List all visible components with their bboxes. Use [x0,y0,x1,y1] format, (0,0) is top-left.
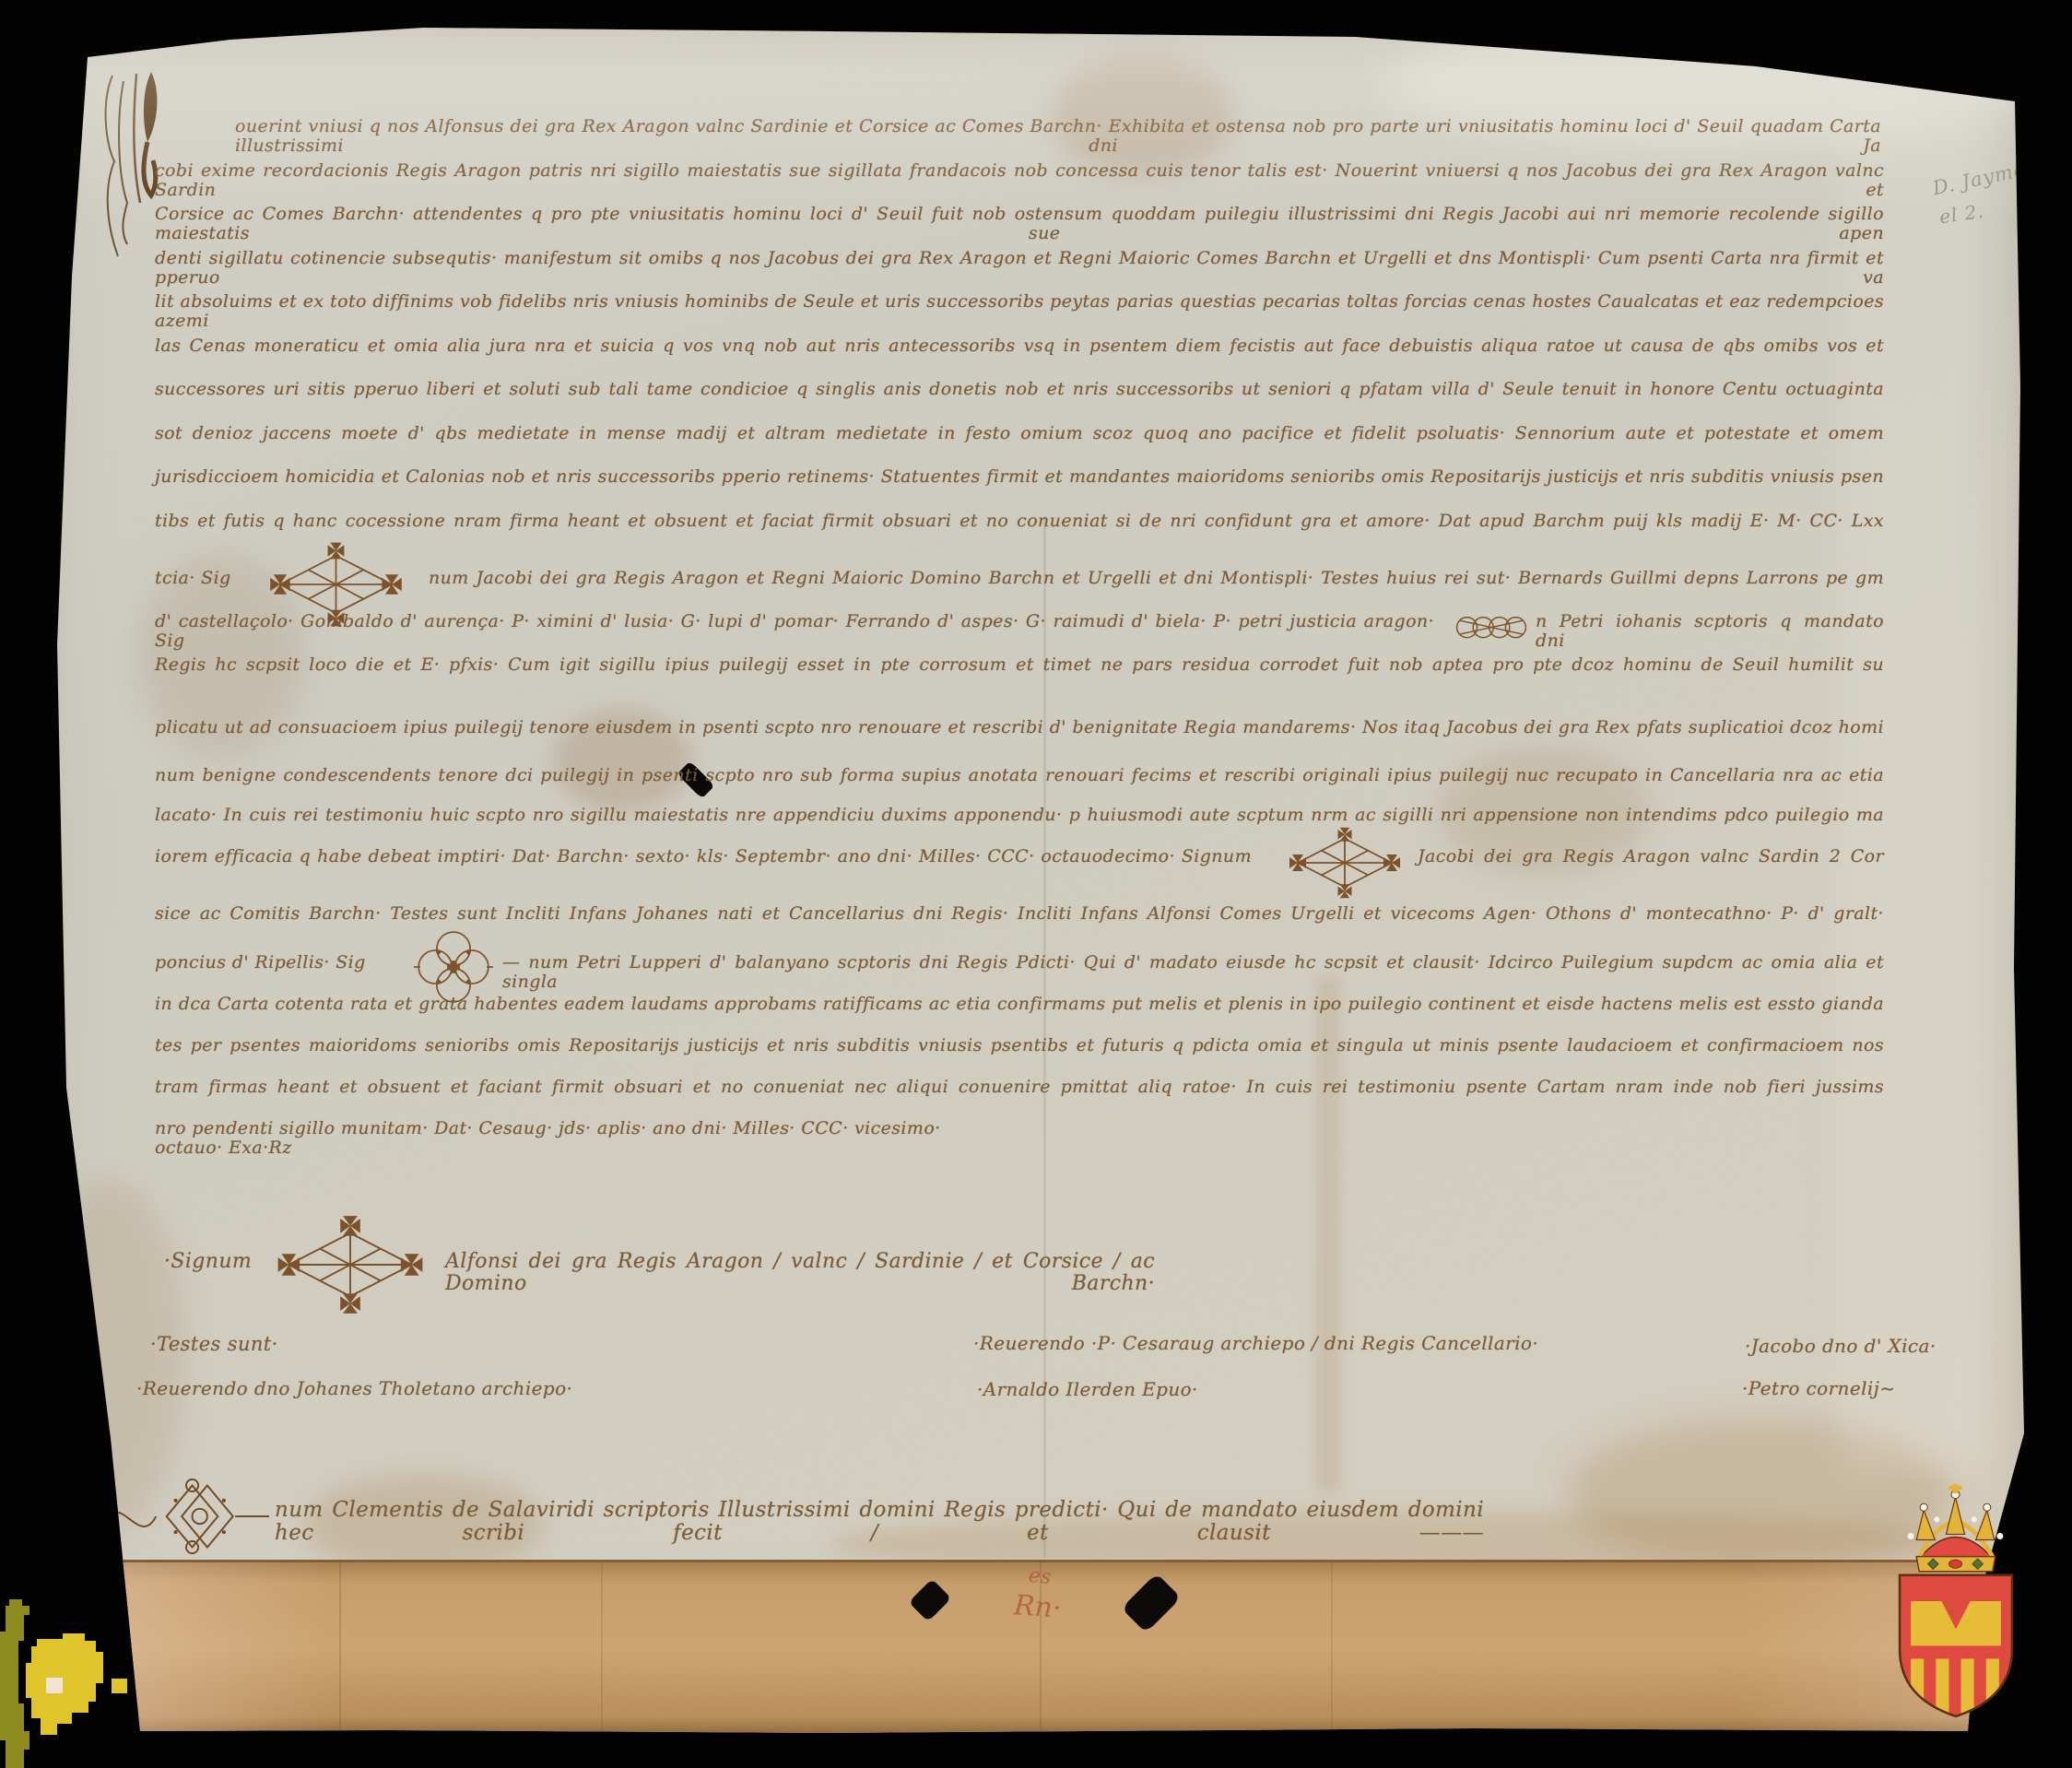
parchment-sheet: ouerint vniusi q nos Alfonsus dei gra Re… [0,0,2072,1768]
plica-red-mark-1: es [1028,1564,1053,1589]
manuscript-line: tram firmas heant et obsuent et faciant … [155,1078,1884,1097]
royal-signum-lozenge-james-ii-icon [1276,823,1414,902]
scribe-signum-text: num Clementis de Salaviridi scriptoris I… [275,1499,1484,1545]
scribe-signum-prefix: Sig [61,1501,99,1525]
yellow-pixel-blob [0,1595,138,1768]
royal-signum-text: Alfonsi dei gra Regis Aragon / valnc / S… [445,1251,1155,1295]
manuscript-line: Corsice ac Comes Barchn· attendentes q p… [155,205,1884,242]
notary-knot-clementis-icon [103,1470,269,1562]
stain-top-center [1051,55,1235,175]
manuscript-line: denti sigillatu cotinencie subsequtis· m… [155,249,1884,287]
manuscript-line: lacato· In cuis rei testimoniu huic scpt… [155,806,1884,825]
photo-stage: ouerint vniusi q nos Alfonsus dei gra Re… [0,0,2072,1768]
plica-red-mark-2: Rn· [1013,1589,1063,1625]
manuscript-line: iorem efficacia q habe debeat imptiri· D… [155,847,1252,866]
witnesses-heading: ·Testes sunt· [150,1334,278,1355]
manuscript-line: poncius d' Ripellis· Sig [155,953,408,972]
manuscript-line: num benigne condescendents tenore dci pu… [155,766,1884,785]
manuscript-line: num Jacobi dei gra Regis Aragon et Regni… [429,569,1884,588]
manuscript-line: las Cenas moneraticu et omia alia jura n… [155,336,1884,356]
manuscript-line: tibs et futis q hanc cocessione nram fir… [155,512,1884,531]
manuscript-line: tes per psentes maioridoms senioribs omi… [155,1036,1884,1055]
witness-right-1: ·Jacobo dno d' Xica· [1745,1337,1937,1357]
notary-rota-petri-johannis-icon [1451,607,1532,649]
manuscript-line: jurisdiccioem homicidia et Calonias nob … [155,467,1884,487]
royal-signum-lozenge-james-i-icon [251,539,421,630]
manuscript-line: Jacobi dei gra Regis Aragon valnc Sardin… [1418,847,1884,866]
manuscript-line: n Petri iohanis scptoris q mandato dni [1536,612,1884,650]
manuscript-line: lit absoluims et ex toto diffinims vob f… [155,292,1884,330]
witness-middle-2: ·Arnaldo Ilerden Epuo· [977,1380,1198,1400]
manuscript-line: plicatu ut ad consuacioem ipius puilegij… [155,718,1884,737]
blob-yellow-part [26,1633,103,1735]
royal-signum-prefix: ·Signum [164,1251,252,1273]
stain-top-right-light [1383,18,2028,147]
manuscript-line: — num Petri Lupperi d' balanyano scptori… [502,953,1884,991]
manuscript-line: cobi exime recordacionis Regis Aragon pa… [155,161,1884,199]
manuscript-line: sice ac Comitis Barchn· Testes sunt Incl… [155,904,1884,924]
blob-olive-part [0,1599,29,1768]
manuscript-line: sot denioz jaccens moete d' qbs medietat… [155,424,1884,443]
manuscript-line: ouerint vniusi q nos Alfonsus dei gra Re… [235,117,1881,155]
manuscript-line: tcia· Sig [155,569,265,588]
margin-pencil-note-line2: el 2. [1938,200,1986,229]
manuscript-line: successores uri sitis pperuo liberi et s… [155,380,1884,399]
manuscript-line: nro pendenti sigillo munitam· Dat· Cesau… [155,1119,984,1157]
witness-right-2: ·Petro cornelij~ [1742,1379,1895,1399]
margin-pencil-note-line1: D. Jayme [1931,159,2028,200]
royal-signum-lozenge-alfonso-icon [260,1204,441,1326]
crowned-aragon-shield [1888,1482,2024,1724]
witness-left: ·Reuerendo dno Johanes Tholetano archiep… [136,1379,572,1399]
notary-quatrefoil-petri-lupperi-icon [413,927,494,1007]
witness-middle-1: ·Reuerendo ·P· Cesaraug archiepo / dni R… [973,1334,1538,1354]
manuscript-line: Regis hc scpsit loco die et E· pfxis· Cu… [155,655,1884,675]
